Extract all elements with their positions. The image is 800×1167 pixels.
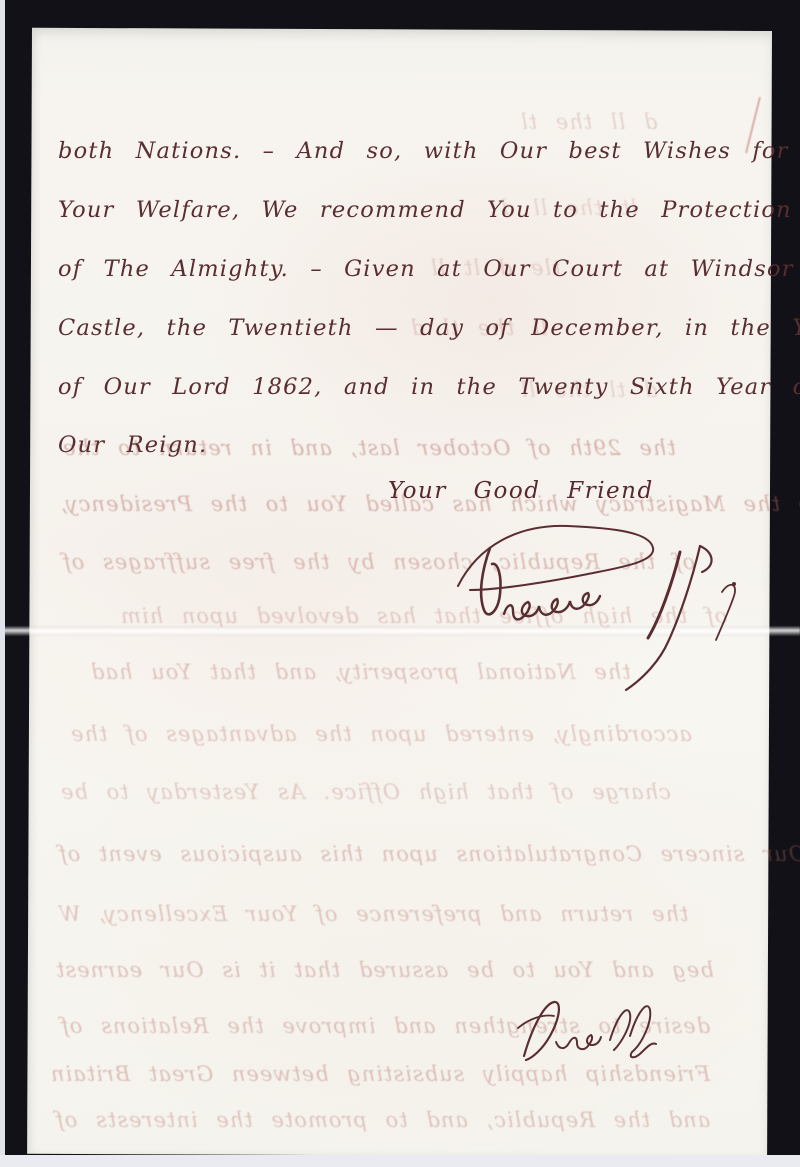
scan-edge-strip-bottom xyxy=(0,1155,800,1167)
letter-line: Our Reign. xyxy=(58,416,800,475)
victoria-signature xyxy=(438,518,738,696)
scan-edge-strip-left xyxy=(0,0,5,1167)
bleedthrough-line: Our sincere Congratulations upon this au… xyxy=(58,842,800,866)
letter-line: of The Almighty. – Given at Our Court at… xyxy=(58,240,800,299)
letter-line: Castle, the Twentieth — day of December,… xyxy=(58,298,800,357)
scan-background: d ll the tllt the ll dtle d lt llll the … xyxy=(0,0,800,1167)
letter-line: of Our Lord 1862, and in the Twenty Sixt… xyxy=(58,357,800,416)
bleedthrough-line: the return and preference of Your Excell… xyxy=(58,902,688,926)
letter-line: both Nations. – And so, with Our best Wi… xyxy=(58,122,800,181)
letter-line: Your Welfare, We recommend You to the Pr… xyxy=(58,181,800,240)
bleedthrough-line: accordingly, entered upon the advantages… xyxy=(70,722,692,746)
russell-signature xyxy=(498,990,670,1072)
bleedthrough-line: charge of that high Office. As Yesterday… xyxy=(60,780,671,804)
letter-body-text: both Nations. – And so, with Our best Wi… xyxy=(58,122,800,475)
bleedthrough-line: beg and You to be assured that it is Our… xyxy=(55,958,714,982)
valediction-text: Your Good Friend xyxy=(388,478,654,504)
bleedthrough-line: and the Republic, and to promote the int… xyxy=(55,1108,710,1132)
